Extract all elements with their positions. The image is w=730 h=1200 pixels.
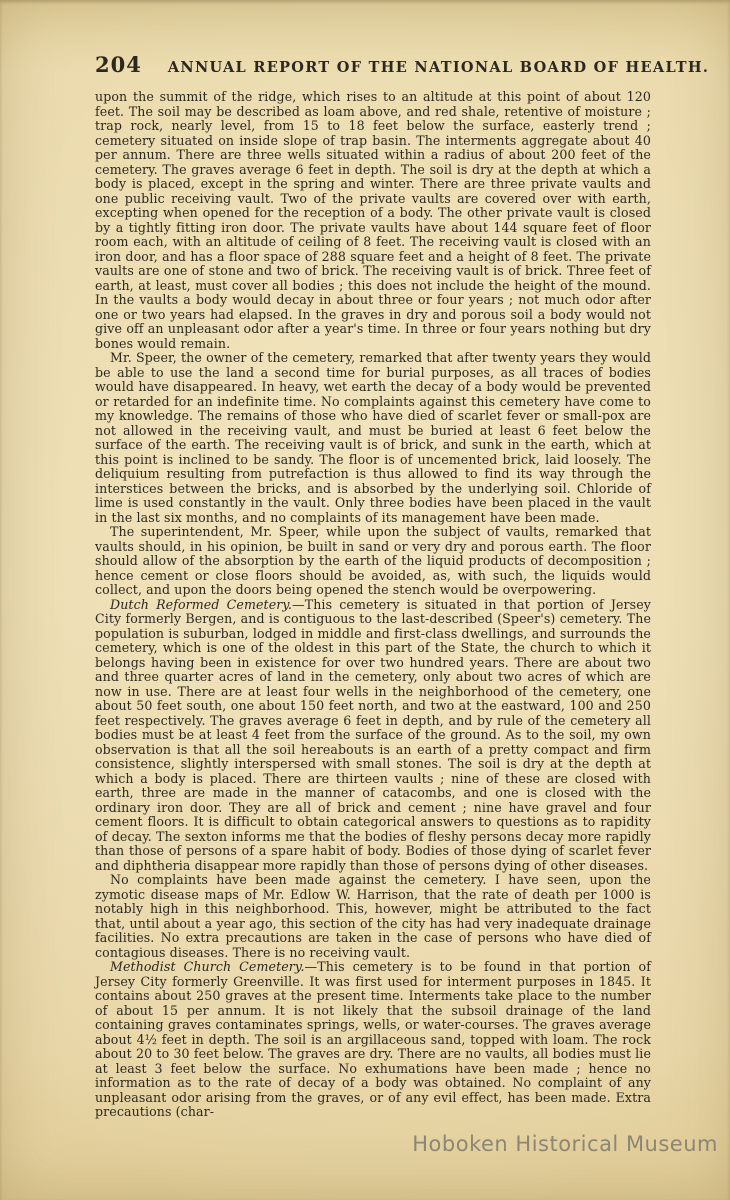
paragraph-text: —This cemetery is to be found in that po… [95, 959, 651, 1119]
paragraph-superintendent: The superintendent, Mr. Speer, while upo… [95, 525, 651, 598]
watermark-hoboken-historical-museum: Hoboken Historical Museum [412, 1132, 718, 1156]
page-number: 204 [95, 52, 142, 77]
paragraph-no-complaints: No complaints have been made against the… [95, 873, 651, 960]
paragraph-speer-remarks: Mr. Speer, the owner of the cemetery, re… [95, 351, 651, 525]
paragraph-continuation: upon the summit of the ridge, which rise… [95, 90, 651, 351]
paragraph-text: Mr. Speer, the owner of the cemetery, re… [95, 350, 651, 525]
scanned-book-page: 204 ANNUAL REPORT OF THE NATIONAL BOARD … [0, 0, 730, 1200]
page-header: 204 ANNUAL REPORT OF THE NATIONAL BOARD … [95, 52, 651, 77]
page-title: ANNUAL REPORT OF THE NATIONAL BOARD OF H… [168, 59, 709, 76]
paragraph-dutch-reformed: Dutch Reformed Cemetery.—This cemetery i… [95, 598, 651, 874]
paragraph-text: The superintendent, Mr. Speer, while upo… [95, 524, 651, 597]
paragraph-text: No complaints have been made against the… [95, 872, 651, 960]
paragraph-methodist-church: Methodist Church Cemetery.—This cemetery… [95, 960, 651, 1120]
cemetery-name-dutch-reformed: Dutch Reformed Cemetery. [110, 597, 292, 612]
page-body: upon the summit of the ridge, which rise… [95, 90, 651, 1120]
paragraph-text: upon the summit of the ridge, which rise… [95, 89, 651, 351]
cemetery-name-methodist-church: Methodist Church Cemetery. [110, 959, 305, 974]
paragraph-text: —This cemetery is situated in that porti… [95, 597, 651, 873]
